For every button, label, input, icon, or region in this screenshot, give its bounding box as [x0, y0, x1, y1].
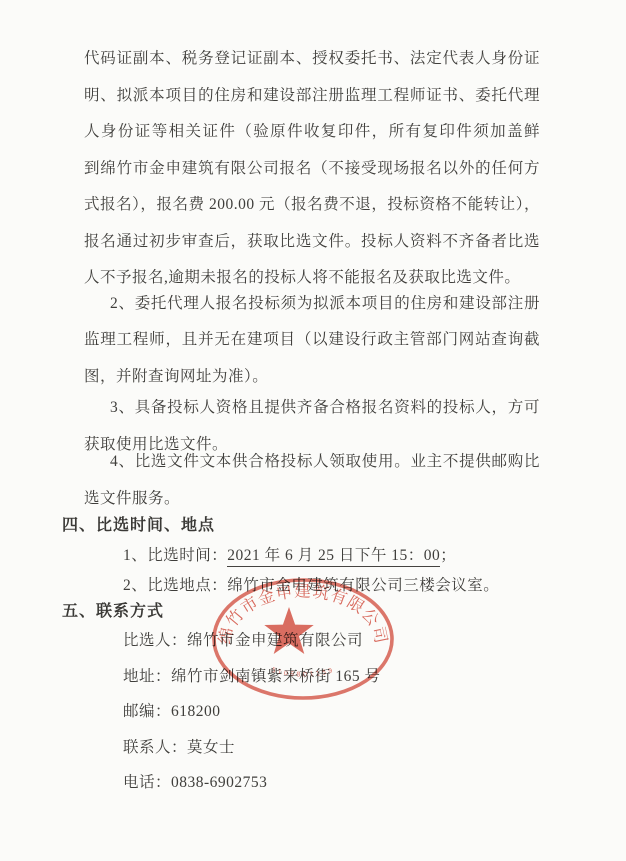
text-line: 到绵竹市金申建筑有限公司报名（不接受现场报名以外的任何方 — [84, 151, 540, 188]
seal-serial-number: 51068O1159 — [271, 666, 336, 679]
selection-time-value: 2021 年 6 月 25 日下午 15：00 — [227, 547, 440, 567]
text-line: 报名通过初步审查后，获取比选文件。投标人资料不齐备者比选 — [84, 224, 540, 261]
company-seal: 绵竹市金申建筑有限公司 51068O1159 — [205, 574, 401, 708]
text-line: 监理工程师，且并无在建项目（以建设行政主管部门网站查询截 — [84, 322, 540, 359]
selection-time-suffix: ； — [440, 547, 456, 564]
selection-time-line: 1、比选时间：2021 年 6 月 25 日下午 15：00； — [123, 541, 540, 571]
seal-company-name: 绵竹市金申建筑有限公司 — [215, 582, 391, 646]
text-line: 明、拟派本项目的住房和建设部注册监理工程师证书、委托代理 — [84, 78, 540, 115]
text-line: 2、委托代理人报名投标须为拟派本项目的住房和建设部注册 — [84, 286, 540, 323]
text-line: 4、比选文件文本供合格投标人领取使用。业主不提供邮购比 — [84, 444, 540, 481]
section-heading-time-place: 四、比选时间、地点 — [62, 511, 540, 541]
paragraph-item-2: 2、委托代理人报名投标须为拟派本项目的住房和建设部注册监理工程师，且并无在建项目… — [62, 286, 540, 396]
selection-time-label: 1、比选时间： — [123, 547, 227, 564]
contact-line: 电话：0838-6902753 — [123, 765, 540, 801]
text-line: 3、具备投标人资格且提供齐备合格报名资料的投标人，方可 — [84, 390, 540, 427]
text-line: 人身份证等相关证件（验原件收复印件，所有复印件须加盖鲜章） — [84, 114, 540, 151]
contact-line: 联系人：莫女士 — [123, 730, 540, 766]
paragraph-item-4: 4、比选文件文本供合格投标人领取使用。业主不提供邮购比选文件服务。 — [62, 444, 540, 517]
seal-star-icon — [264, 607, 313, 654]
paragraph-continuation: 代码证副本、税务登记证副本、授权委托书、法定代表人身份证明、拟派本项目的住房和建… — [62, 41, 540, 297]
text-line: 式报名），报名费 200.00 元（报名费不退，投标资格不能转让）， — [84, 187, 540, 224]
text-line: 代码证副本、税务登记证副本、授权委托书、法定代表人身份证 — [84, 41, 540, 78]
document-page: 代码证副本、税务登记证副本、授权委托书、法定代表人身份证明、拟派本项目的住房和建… — [0, 0, 626, 861]
